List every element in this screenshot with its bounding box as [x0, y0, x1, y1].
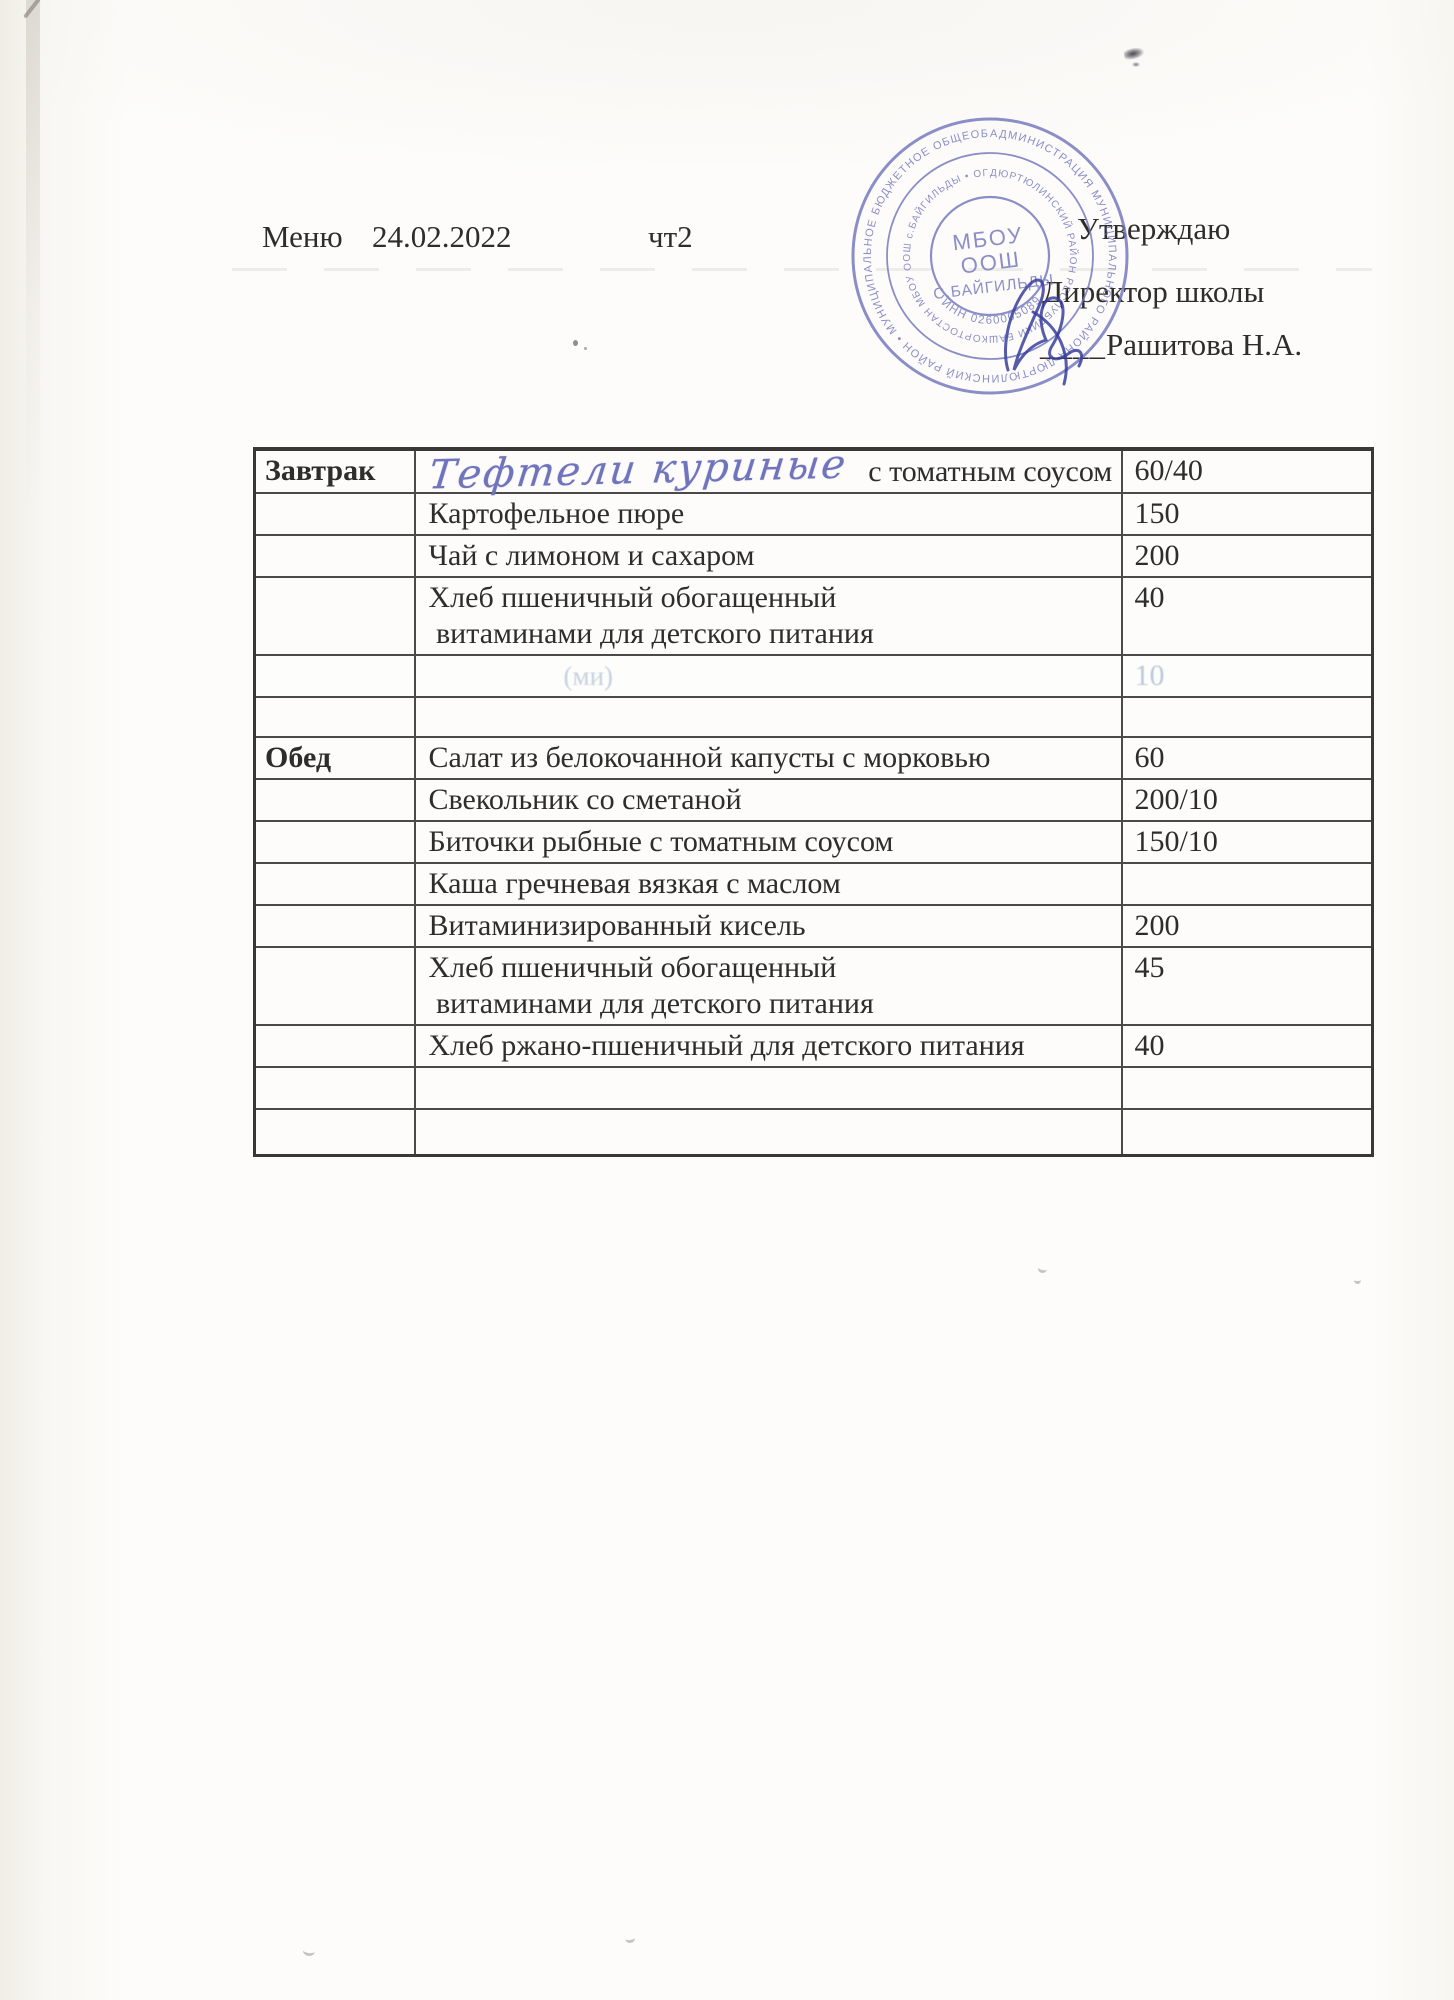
- category-cell: Завтрак: [255, 449, 415, 493]
- table-row: Свекольник со сметаной200/10: [255, 779, 1373, 821]
- portion-cell: [1122, 1067, 1373, 1109]
- menu-table: ЗавтракТефтели куриные с томатным соусом…: [253, 447, 1374, 1157]
- dish-cell: Каша гречневая вязкая с маслом: [415, 863, 1122, 905]
- table-row: Витаминизированный кисель200: [255, 905, 1373, 947]
- portion-cell: 40: [1122, 1025, 1373, 1067]
- table-row: Чай с лимоном и сахаром200: [255, 535, 1373, 577]
- category-cell: [255, 905, 415, 947]
- portion-cell: [1122, 1109, 1373, 1155]
- category-cell: [255, 947, 415, 1025]
- table-row: ЗавтракТефтели куриные с томатным соусом…: [255, 449, 1373, 493]
- dish-cell: Свекольник со сметаной: [415, 779, 1122, 821]
- dish-cell: Картофельное пюре: [415, 493, 1122, 535]
- category-cell: [255, 779, 415, 821]
- category-cell: Обед: [255, 737, 415, 779]
- director-signature: [978, 252, 1128, 392]
- portion-cell: 200: [1122, 905, 1373, 947]
- table-row: Картофельное пюре150: [255, 493, 1373, 535]
- ink-blot: [1123, 46, 1145, 61]
- portion-cell: 60/40: [1122, 449, 1373, 493]
- scan-speck: [302, 1945, 315, 1956]
- dish-cell: Витаминизированный кисель: [415, 905, 1122, 947]
- menu-label: Меню: [262, 220, 343, 254]
- dish-cell: Биточки рыбные с томатным соусом: [415, 821, 1122, 863]
- whited-out-dish-remnant: (ми): [564, 661, 614, 691]
- dish-cell: [415, 1067, 1122, 1109]
- category-cell: [255, 493, 415, 535]
- scan-speck: [625, 1934, 636, 1944]
- dish-cell: Чай с лимоном и сахаром: [415, 535, 1122, 577]
- portion-cell: [1122, 863, 1373, 905]
- dish-cell: Хлеб пшеничный обогащенный витаминами дл…: [415, 577, 1122, 655]
- scan-speck: [1354, 1276, 1361, 1284]
- dish-cell: [415, 1109, 1122, 1155]
- dish-cell: Хлеб ржано-пшеничный для детского питани…: [415, 1025, 1122, 1067]
- category-cell: [255, 1109, 415, 1155]
- scan-edge-band: [26, 0, 40, 520]
- scan-streak: [232, 268, 1372, 271]
- scan-speck: [1037, 1263, 1048, 1274]
- table-row: Хлеб пшеничный обогащенный витаминами дл…: [255, 947, 1373, 1025]
- portion-cell: 10: [1122, 655, 1373, 697]
- whited-out-portion-remnant: 10: [1135, 659, 1165, 692]
- dish-cell: Хлеб пшеничный обогащенный витаминами дл…: [415, 947, 1122, 1025]
- portion-cell: 45: [1122, 947, 1373, 1025]
- table-row: (ми)10: [255, 655, 1373, 697]
- table-row: Хлеб ржано-пшеничный для детского питани…: [255, 1025, 1373, 1067]
- category-cell: [255, 821, 415, 863]
- dish-text: с томатным соусом: [861, 455, 1112, 488]
- category-cell: [255, 577, 415, 655]
- portion-cell: 200: [1122, 535, 1373, 577]
- category-cell: [255, 1067, 415, 1109]
- portion-cell: 150: [1122, 493, 1373, 535]
- table-row: [255, 1067, 1373, 1109]
- portion-cell: 40: [1122, 577, 1373, 655]
- portion-cell: [1122, 697, 1373, 737]
- handwritten-dish: Тефтели куриные: [427, 449, 849, 490]
- dish-cell: [415, 697, 1122, 737]
- dish-cell: Тефтели куриные с томатным соусом: [415, 449, 1122, 493]
- portion-cell: 200/10: [1122, 779, 1373, 821]
- menu-table-body: ЗавтракТефтели куриные с томатным соусом…: [255, 449, 1373, 1155]
- category-cell: [255, 655, 415, 697]
- dish-cell: Салат из белокочанной капусты с морковью: [415, 737, 1122, 779]
- category-cell: [255, 863, 415, 905]
- table-row: Биточки рыбные с томатным соусом150/10: [255, 821, 1373, 863]
- category-cell: [255, 1025, 415, 1067]
- category-cell: [255, 535, 415, 577]
- scan-speck: [573, 340, 578, 346]
- dish-cell: (ми): [415, 655, 1122, 697]
- menu-date: 24.02.2022: [372, 220, 512, 254]
- portion-cell: 60: [1122, 737, 1373, 779]
- category-cell: [255, 697, 415, 737]
- table-row: [255, 697, 1373, 737]
- table-row: ОбедСалат из белокочанной капусты с морк…: [255, 737, 1373, 779]
- table-row: Хлеб пшеничный обогащенный витаминами дл…: [255, 577, 1373, 655]
- ink-blot-small: [1132, 62, 1140, 67]
- table-row: [255, 1109, 1373, 1155]
- table-row: Каша гречневая вязкая с маслом: [255, 863, 1373, 905]
- scanned-menu-page: Меню 24.02.2022 чт2 Утверждаю Директор ш…: [0, 0, 1454, 2000]
- scan-speck: [584, 347, 587, 350]
- menu-day-code: чт2: [648, 220, 693, 254]
- portion-cell: 150/10: [1122, 821, 1373, 863]
